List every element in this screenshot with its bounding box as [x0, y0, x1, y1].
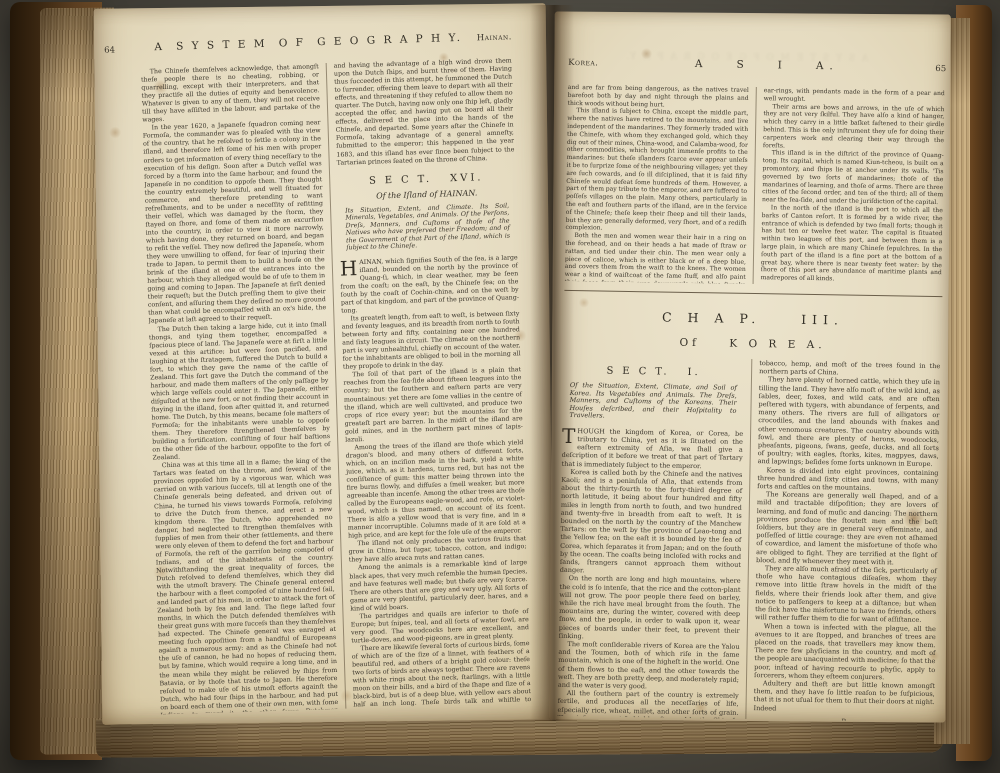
left-column-2: and having the advantage of a high wind … — [334, 57, 532, 708]
left-running-keyword: Hainan. — [477, 32, 512, 43]
paragraph: In the iſland are alſo found ſnakes of a… — [354, 712, 533, 714]
right-page-content: Korea. A S I A. 65 and are far from bein… — [557, 56, 946, 722]
column-rule — [753, 87, 757, 284]
chapter-3-heading-block: C H A P. III. Of K O R E A. — [563, 290, 942, 353]
left-running-head: 64 A S Y S T E M O F G E O G R A P H Y. … — [140, 30, 512, 56]
section-1-argument: Of the Situation, Extent, Climate, and S… — [562, 382, 744, 422]
paragraph: and having the advantage of a high wind … — [334, 57, 515, 167]
right-running-keyword: Korea. — [568, 58, 598, 68]
drop-cap-H: H — [340, 259, 360, 277]
hainan-paragraphs: Its greateſt length, from eaſt to weſt, … — [341, 310, 532, 714]
right-page: A S Y S T E M O F G E O G R A P H Y. Kor… — [549, 11, 951, 722]
left-running-title: A S Y S T E M O F G E O G R A P H Y. — [140, 31, 477, 53]
paragraph: The Chineſe themſelves acknowledge, that… — [141, 63, 321, 125]
section-1-heading: S E C T. I. — [563, 367, 744, 378]
left-page: 64 A S Y S T E M O F G E O G R A P H Y. … — [94, 3, 555, 724]
left-column-1: The Chineſe themſelves acknowledge, that… — [141, 63, 339, 714]
paragraph: and are far from being dangerous, as the… — [567, 84, 748, 110]
foxing-spot — [109, 126, 121, 138]
korea-column1-paragraphs: Korea is called both by the Chineſe and … — [557, 468, 742, 723]
right-page-number: 65 — [935, 64, 946, 74]
left-page-content: 64 A S Y S T E M O F G E O G R A P H Y. … — [140, 30, 532, 714]
paragraph: Korea is divided into eight provinces, c… — [757, 466, 938, 494]
paragraph: The moſt conſiderable rivers of Korea ar… — [558, 640, 740, 692]
paragraph: This iſland is ſubject to China, except … — [565, 107, 748, 235]
hainan-opening-text: AINAN, which ſignifies South of the ſea,… — [340, 254, 519, 315]
right-column-1-top: and are far from being dangerous, as the… — [565, 84, 749, 284]
paragraph: China was at this time all in a flame; t… — [153, 457, 339, 714]
right-column-1-bottom: S E C T. I. Of the Situation, Extent, Cl… — [557, 356, 744, 719]
drop-cap-T: T — [562, 427, 578, 444]
korea-column2-paragraphs: tobacco, hemp, and moſt of the trees fou… — [753, 359, 940, 715]
paragraph: The ſoil of that part of the iſland is a… — [343, 367, 523, 445]
paragraph: Adultery and theft are but little known … — [753, 679, 935, 715]
right-page-top-columns: and are far from being dangerous, as the… — [565, 84, 946, 287]
paragraph: This iſland is in the diſtrict of the pr… — [762, 150, 944, 208]
chapter-3-title: C H A P. III. — [564, 308, 942, 329]
right-page-bottom-columns: S E C T. I. Of the Situation, Extent, Cl… — [557, 356, 941, 722]
paragraph: Korea is called both by the Chineſe and … — [560, 468, 743, 578]
paragraph: In the north of the iſland is the port t… — [761, 204, 943, 285]
paragraph: The Dutch then taking a large hide, cut … — [149, 321, 331, 463]
right-running-head: Korea. A S I A. 65 — [568, 56, 946, 77]
korea-opening-text: HOUGH the kingdom of Korea, or Corea, be… — [562, 427, 744, 470]
paragraph: Among the animals is a remarkable kind o… — [349, 560, 528, 614]
left-page-number: 64 — [104, 45, 115, 55]
paragraph: Their arms are bows and arrows, in the u… — [763, 103, 945, 153]
paragraph: On the north are long and high mountains… — [559, 574, 741, 643]
right-column-2-bottom: tobacco, hemp, and moſt of the trees fou… — [753, 359, 940, 722]
paragraph: The partridges and quails are inferior t… — [350, 608, 529, 646]
right-column-2-top: ear-rings, with pendants made in the for… — [761, 87, 945, 287]
paragraph: There are likewiſe ſeveral ſorts of curi… — [351, 640, 531, 714]
formosa-conclusion-text: and having the advantage of a high wind … — [334, 57, 515, 167]
column-rule — [745, 359, 752, 719]
section-16-heading: S E C T. XVI. — [337, 173, 515, 186]
right-running-title: A S I A. — [598, 56, 935, 74]
korea-opening-paragraph: THOUGH the kingdom of Korea, or Corea, b… — [561, 427, 743, 471]
section-16-argument: Its Situation, Extent, and Climate. Its … — [338, 202, 517, 252]
paragraph: In the year 1620, a Japaneſe ſquadron co… — [142, 120, 326, 327]
paragraph: Among the trees of the iſland are thoſe … — [345, 439, 526, 541]
antique-book-photograph: 64 A S Y S T E M O F G E O G R A P H Y. … — [0, 0, 1000, 773]
section-divider-rule — [564, 290, 942, 297]
paragraph: Both the men and women wear their hair i… — [565, 232, 747, 287]
paragraph: All the ſouthern part of the country is … — [557, 689, 738, 722]
paragraph: They are alſo much afraid of the ſick, p… — [755, 564, 937, 624]
chapter-3-subtitle: Of K O R E A. — [563, 335, 941, 353]
left-page-columns: The Chineſe themſelves acknowledge, that… — [141, 57, 533, 714]
signature-mark-right: R — [753, 716, 934, 722]
paragraph: Its greateſt length, from eaſt to weſt, … — [341, 310, 521, 372]
hainan-opening-paragraph: HAINAN, which ſignifies South of the ſea… — [340, 254, 520, 316]
paragraph: The Koreans are generally well ſhaped, a… — [756, 490, 938, 567]
paragraph: They have plenty of horned cattle, which… — [758, 376, 940, 469]
paragraph: When a town is infected with the plague,… — [754, 622, 936, 682]
section-16-subtitle: Of the Iſland of HAINAN. — [338, 188, 516, 201]
